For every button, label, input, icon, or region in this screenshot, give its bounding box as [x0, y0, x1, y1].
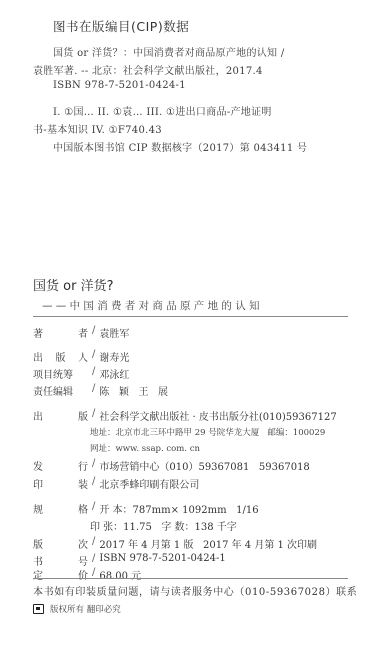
credit-label: 印装: [33, 476, 88, 491]
credit-label: 发行: [33, 458, 88, 473]
cip-line: 中国版本图书馆 CIP 数据核字（2017）第 043411 号: [53, 139, 307, 154]
credit-value: 陈 颖 王 展: [99, 383, 168, 398]
credit-label: 定价: [33, 567, 88, 582]
credit-editors: 责任编辑 / 陈 颖 王 展: [33, 383, 168, 398]
credit-value: 2017 年 4 月第 1 版 2017 年 4 月第 1 次印刷: [99, 536, 317, 551]
credit-value: 开 本：787mm× 1092mm 1/16: [99, 501, 258, 516]
slash: /: [92, 408, 95, 423]
cip-line: I. ①国… II. ①袁… III. ①进出口商品-产地证明: [53, 103, 272, 118]
cip-line: 国货 or 洋货？：中国消费者对商品原产地的认知 /: [53, 44, 285, 59]
credit-project-lead: 项目统筹 / 邓泳红: [33, 366, 129, 381]
credit-value: 邓泳红: [99, 366, 129, 381]
cip-title: 图书在版编目(CIP)数据: [53, 17, 189, 35]
copyright-line: 版权所有 翻印必究: [33, 603, 121, 615]
credit-value: 北京季蜂印刷有限公司: [99, 476, 199, 491]
slash: /: [92, 366, 95, 381]
slash: /: [92, 349, 95, 364]
cip-line: 袁胜军著. -- 北京：社会科学文献出版社，2017.4: [33, 62, 263, 77]
credit-value: 谢寿光: [99, 349, 129, 364]
slash: /: [92, 536, 95, 551]
book-subtitle: ——中国消费者对商品原产地的认知: [42, 298, 263, 313]
publisher-website: 网址：www. ssap. com. cn: [90, 442, 200, 454]
slash: /: [92, 476, 95, 491]
cip-line: ISBN 978-7-5201-0424-1: [53, 80, 186, 91]
credit-label: 版次: [33, 536, 88, 551]
credit-price: 定价 / 68.00 元: [33, 567, 141, 582]
credit-label: 出版人: [33, 349, 88, 364]
credit-value: 袁胜军: [99, 325, 129, 340]
divider-top: [33, 316, 348, 317]
specs-detail: 印 张：11.75 字 数：138 千字: [90, 518, 237, 533]
slash: /: [92, 383, 95, 398]
credit-label: 项目统筹: [33, 366, 88, 381]
credit-publishing: 出版 / 社会科学文献出版社 · 皮书出版分社(010)59367127: [33, 408, 337, 423]
credit-label: 规格: [33, 501, 88, 516]
publisher-logo-icon: [33, 604, 44, 614]
credit-label: 著者: [33, 325, 88, 340]
credit-label: 书号: [33, 553, 88, 568]
credit-value: 68.00 元: [99, 567, 141, 582]
copyright-text: 版权所有 翻印必究: [50, 603, 121, 615]
credit-label: 责任编辑: [33, 383, 88, 398]
book-title: 国货 or 洋货?: [33, 275, 113, 294]
slash: /: [92, 553, 95, 568]
credit-value: 市场营销中心（010）59367081 59367018: [99, 458, 309, 473]
credit-label: 出版: [33, 408, 88, 423]
credit-value: 社会科学文献出版社 · 皮书出版分社(010)59367127: [99, 408, 336, 423]
slash: /: [92, 325, 95, 340]
credit-author: 著者 / 袁胜军: [33, 325, 129, 340]
credit-edition: 版次 / 2017 年 4 月第 1 版 2017 年 4 月第 1 次印刷: [33, 536, 317, 551]
cip-line: 书-基本知识 IV. ①F740.43: [33, 121, 162, 136]
quality-note: 本书如有印装质量问题，请与读者服务中心（010-59367028）联系: [33, 583, 357, 598]
slash: /: [92, 567, 95, 582]
credit-printing: 印装 / 北京季蜂印刷有限公司: [33, 476, 199, 491]
credit-specs: 规格 / 开 本：787mm× 1092mm 1/16: [33, 501, 259, 516]
credit-value: ISBN 978-7-5201-0424-1: [99, 553, 225, 568]
publisher-address: 地址：北京市北三环中路甲 29 号院华龙大厦 邮编：100029: [90, 426, 325, 438]
credit-isbn: 书号 / ISBN 978-7-5201-0424-1: [33, 553, 226, 568]
credit-publisher-person: 出版人 / 谢寿光: [33, 349, 129, 364]
divider-bottom: [33, 578, 348, 579]
slash: /: [92, 458, 95, 473]
slash: /: [92, 501, 95, 516]
credit-distribution: 发行 / 市场营销中心（010）59367081 59367018: [33, 458, 310, 473]
